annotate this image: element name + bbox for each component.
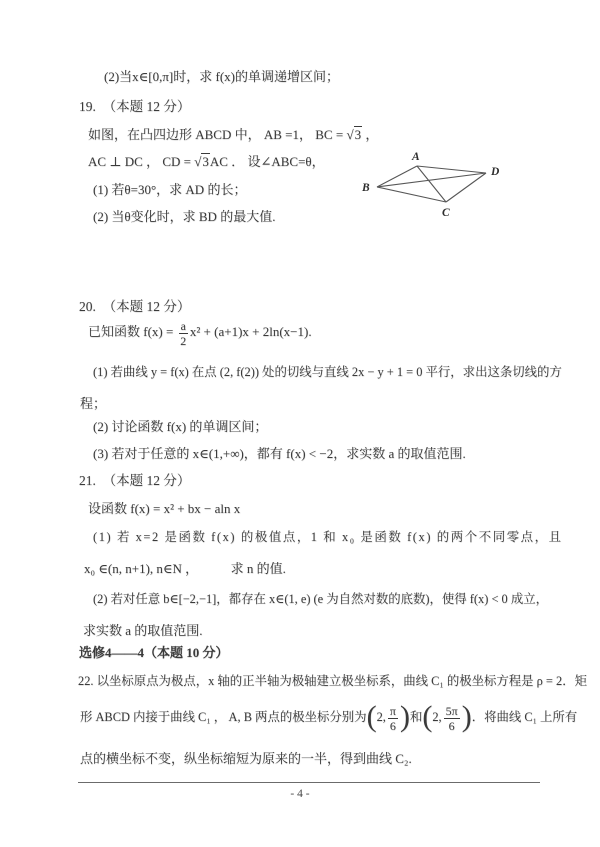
q19-intro2-tail: AC ． 设∠ABC=θ， bbox=[210, 154, 325, 169]
sqrt-radical: √3 bbox=[194, 153, 210, 169]
polar-coord2-radius: 2, bbox=[432, 710, 441, 724]
page-number: - 4 - bbox=[0, 788, 600, 800]
q21-header: 21. （本题 12 分） bbox=[79, 471, 190, 491]
q20-formula: 已知函数 f(x) = a2x² + (a+1)x + 2ln(x−1). bbox=[88, 315, 312, 349]
q22-line3: 点的横坐标不变，纵坐标缩短为原来的一半，得到曲线 C₂. bbox=[80, 749, 412, 769]
left-paren: ( bbox=[422, 700, 432, 733]
q22-line2-pre: 形 ABCD 内接于曲线 C₁ ， A, B 两点的极坐标分别为 bbox=[80, 710, 367, 724]
exam-page: (2)当x∈[0,π]时，求 f(x)的单调递增区间； 19. （本题 12 分… bbox=[0, 0, 600, 847]
q20-part2: (2) 讨论函数 f(x) 的单调区间； bbox=[93, 417, 267, 437]
q22-line2-post: ．将曲线 C₁ 上所有 bbox=[472, 710, 578, 724]
vertex-label-d: D bbox=[490, 166, 500, 178]
q19-intro1-text: 如图，在凸四边形 ABCD 中， AB =1， BC = bbox=[88, 127, 346, 142]
q21-part1-line2: x₀ ∈(n, n+1), n∈N ， 求 n 的值. bbox=[84, 559, 286, 579]
fraction-denominator: 6 bbox=[388, 719, 398, 732]
q21-points: （本题 12 分） bbox=[109, 473, 190, 488]
q20-header: 20. （本题 12 分） bbox=[79, 297, 190, 317]
q20-number: 20. bbox=[79, 299, 96, 314]
q19-part2: (2) 当θ变化时，求 BD 的最大值. bbox=[93, 207, 275, 227]
vertex-label-b: B bbox=[361, 182, 370, 194]
fraction-numerator: 5π bbox=[444, 705, 460, 719]
q18-part2: (2)当x∈[0,π]时，求 f(x)的单调递增区间； bbox=[104, 67, 339, 87]
q21-part2-line1: (2) 若对任意 b∈[−2,−1]，都存在 x∈(1, e) (e 为自然对数… bbox=[93, 589, 548, 609]
q22-line2-mid: 和 bbox=[410, 710, 422, 724]
q19-number: 19. bbox=[79, 99, 96, 114]
q20-part1-line1: (1) 若曲线 y = f(x) 在点 (2, f(2)) 处的切线与直线 2x… bbox=[93, 362, 562, 382]
vertex-label-c: C bbox=[442, 207, 450, 219]
q19-header: 19. （本题 12 分） bbox=[79, 97, 190, 117]
q22-line2: 形 ABCD 内接于曲线 C₁ ， A, B 两点的极坐标分别为(2,π6)和(… bbox=[80, 694, 577, 740]
q20-points: （本题 12 分） bbox=[109, 299, 190, 314]
right-paren: ) bbox=[400, 700, 410, 733]
vertex-label-a: A bbox=[411, 151, 420, 163]
elective-section-title: 选修4——4（本题 10 分） bbox=[79, 643, 229, 663]
fraction-denominator: 6 bbox=[444, 719, 460, 732]
fraction-a-over-2: a2 bbox=[179, 320, 188, 347]
quadrilateral-figure: A B C D bbox=[350, 140, 525, 225]
polar-coord1-radius: 2, bbox=[377, 710, 386, 724]
fraction-numerator: a bbox=[179, 320, 188, 334]
q19-part1: (1) 若θ=30°，求 AD 的长； bbox=[93, 180, 246, 200]
radicand: 3 bbox=[201, 153, 210, 169]
figure-edges bbox=[377, 166, 486, 202]
q20-part1-line2: 程； bbox=[80, 394, 106, 414]
q21-formula: 设函数 f(x) = x² + bx − aln x bbox=[88, 499, 240, 519]
right-paren: ) bbox=[462, 700, 472, 733]
q19-intro-2: AC ⊥ DC ， CD = √3AC ． 设∠ABC=θ， bbox=[88, 152, 325, 172]
q21-part2-line2: 求实数 a 的取值范围. bbox=[83, 621, 203, 641]
q20-part3: (3) 若对于任意的 x∈(1,+∞)，都有 f(x) < −2，求实数 a 的… bbox=[93, 444, 466, 464]
fraction-pi-over-6: π6 bbox=[388, 705, 398, 732]
q19-points: （本题 12 分） bbox=[109, 99, 190, 114]
fraction-numerator: π bbox=[388, 705, 398, 719]
q19-intro-1: 如图，在凸四边形 ABCD 中， AB =1， BC = √3 ， bbox=[88, 125, 378, 145]
fraction-denominator: 2 bbox=[179, 334, 188, 347]
left-paren: ( bbox=[367, 700, 377, 733]
q20-formula-pre: 已知函数 f(x) = bbox=[88, 324, 177, 339]
fraction-5pi-over-6: 5π6 bbox=[444, 705, 460, 732]
q20-formula-post: x² + (a+1)x + 2ln(x−1). bbox=[190, 324, 312, 339]
q19-intro2-text: AC ⊥ DC ， CD = bbox=[88, 154, 194, 169]
q22-line1: 22. 以坐标原点为极点，x 轴的正半轴为极轴建立极坐标系，曲线 C₁ 的极坐标… bbox=[78, 671, 587, 691]
q21-number: 21. bbox=[79, 473, 96, 488]
q21-part1-line1: (1) 若 x=2 是函数 f(x) 的极值点，1 和 x₀ 是函数 f(x) … bbox=[93, 527, 563, 547]
footer-divider bbox=[78, 782, 540, 783]
